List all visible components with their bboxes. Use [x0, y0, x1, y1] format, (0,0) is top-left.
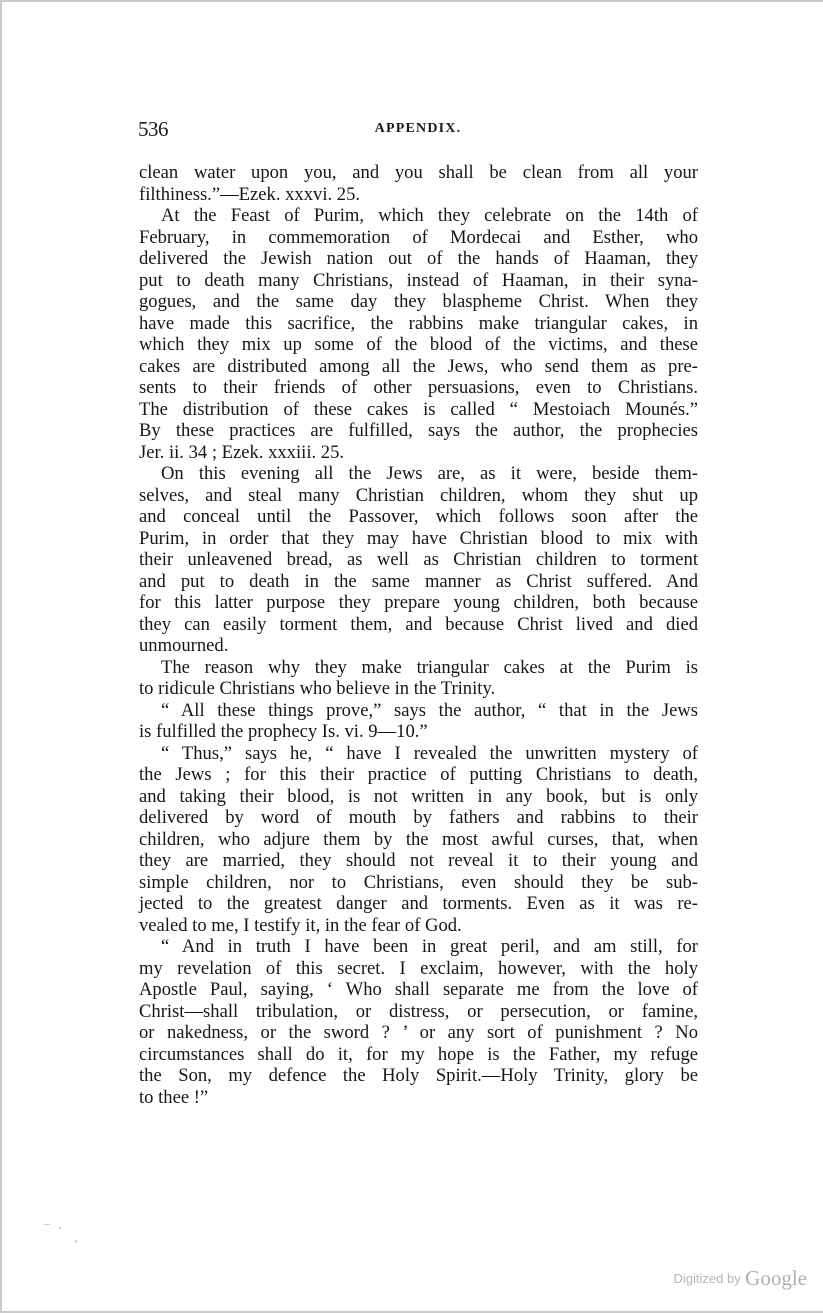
text-line: the Jews ; for this their practice of pu…	[139, 764, 698, 786]
text-line: or nakedness, or the sword ? ’ or any so…	[139, 1022, 698, 1044]
text-line: By these practices are fulfilled, says t…	[139, 420, 698, 442]
scan-specks	[42, 1222, 82, 1247]
text-line: At the Feast of Purim, which they celebr…	[139, 205, 698, 227]
text-line: Jer. ii. 34 ; Ezek. xxxiii. 25.	[139, 442, 698, 464]
text-line: to ridicule Christians who believe in th…	[139, 678, 698, 700]
text-line: vealed to me, I testify it, in the fear …	[139, 915, 698, 937]
text-line: they can easily torment them, and becaus…	[139, 614, 698, 636]
text-line: sents to their friends of other persuasi…	[139, 377, 698, 399]
text-line: simple children, nor to Christians, even…	[139, 872, 698, 894]
digitized-by-google-watermark: Digitized by Google	[674, 1266, 807, 1291]
text-line: which they mix up some of the blood of t…	[139, 334, 698, 356]
text-line: put to death many Christians, instead of…	[139, 270, 698, 292]
watermark-prefix: Digitized by	[674, 1271, 741, 1286]
text-line: delivered the Jewish nation out of the h…	[139, 248, 698, 270]
scanned-page: 536 APPENDIX. clean water upon you, and …	[0, 0, 823, 1313]
watermark-brand: Google	[745, 1266, 807, 1290]
running-title: APPENDIX.	[138, 121, 698, 137]
text-line: February, in commemoration of Mordecai a…	[139, 227, 698, 249]
text-line: “ All these things prove,” says the auth…	[139, 700, 698, 722]
text-line: jected to the greatest danger and tormen…	[139, 893, 698, 915]
text-line: The reason why they make triangular cake…	[139, 657, 698, 679]
text-line: gogues, and the same day they blaspheme …	[139, 291, 698, 313]
text-line: is fulfilled the prophecy Is. vi. 9—10.”	[139, 721, 698, 743]
text-line: they are married, they should not reveal…	[139, 850, 698, 872]
text-line: On this evening all the Jews are, as it …	[139, 463, 698, 485]
text-line: Christ—shall tribulation, or distress, o…	[139, 1001, 698, 1023]
text-line: delivered by word of mouth by fathers an…	[139, 807, 698, 829]
text-line: have made this sacrifice, the rabbins ma…	[139, 313, 698, 335]
text-line: their unleavened bread, as well as Chris…	[139, 549, 698, 571]
body-text: clean water upon you, and you shall be c…	[139, 162, 698, 1108]
text-line: and taking their blood, is not written i…	[139, 786, 698, 808]
text-line: the Son, my defence the Holy Spirit.—Hol…	[139, 1065, 698, 1087]
text-line: for this latter purpose they prepare you…	[139, 592, 698, 614]
text-line: circumstances shall do it, for my hope i…	[139, 1044, 698, 1066]
text-line: unmourned.	[139, 635, 698, 657]
text-line: “ And in truth I have been in great peri…	[139, 936, 698, 958]
text-line: my revelation of this secret. I exclaim,…	[139, 958, 698, 980]
text-line: filthiness.”—Ezek. xxxvi. 25.	[139, 184, 698, 206]
text-line: Apostle Paul, saying, ‘ Who shall separa…	[139, 979, 698, 1001]
text-line: “ Thus,” says he, “ have I revealed the …	[139, 743, 698, 765]
text-line: children, who adjure them by the most aw…	[139, 829, 698, 851]
running-head: 536 APPENDIX.	[138, 117, 698, 147]
text-line: Purim, in order that they may have Chris…	[139, 528, 698, 550]
text-line: cakes are distributed among all the Jews…	[139, 356, 698, 378]
text-line: clean water upon you, and you shall be c…	[139, 162, 698, 184]
text-line: and conceal until the Passover, which fo…	[139, 506, 698, 528]
text-line: and put to death in the same manner as C…	[139, 571, 698, 593]
text-line: to thee !”	[139, 1087, 698, 1109]
text-line: The distribution of these cakes is calle…	[139, 399, 698, 421]
text-line: selves, and steal many Christian childre…	[139, 485, 698, 507]
